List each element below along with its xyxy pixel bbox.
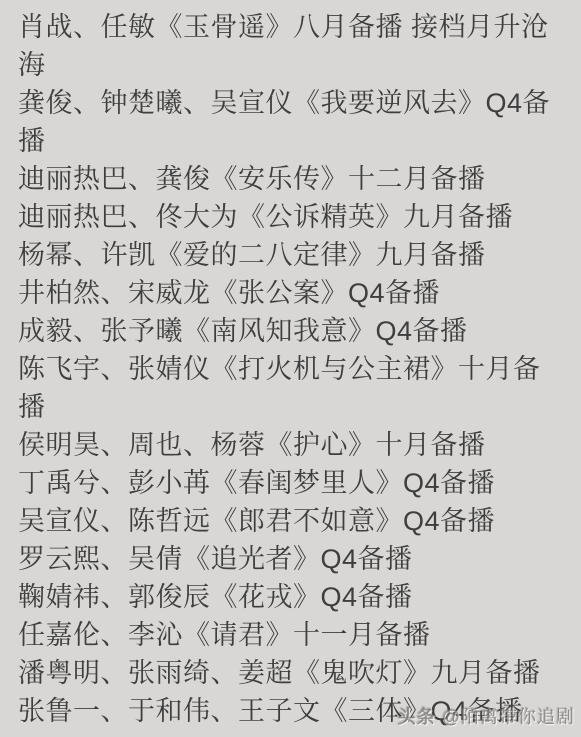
drama-entry: 鞠婧祎、郭俊辰《花戎》Q4备播 — [18, 578, 555, 616]
drama-entry: 成毅、张予曦《南风知我意》Q4备播 — [18, 312, 555, 350]
watermark-username: @陌离带你追剧 — [442, 707, 575, 727]
drama-entry: 任嘉伦、李沁《请君》十一月备播 — [18, 616, 555, 654]
drama-entry: 肖战、任敏《玉骨遥》八月备播 接档月升沧海 — [18, 8, 555, 84]
drama-entry: 迪丽热巴、龚俊《安乐传》十二月备播 — [18, 160, 555, 198]
drama-entry: 潘粤明、张雨绮、姜超《鬼吹灯》九月备播 — [18, 654, 555, 692]
toutiao-watermark: 头条@陌离带你追剧 — [398, 703, 575, 729]
drama-entry: 龚俊、钟楚曦、吴宣仪《我要逆风去》Q4备播 — [18, 84, 555, 160]
drama-entry: 井柏然、宋威龙《张公案》Q4备播 — [18, 274, 555, 312]
drama-schedule-list: 肖战、任敏《玉骨遥》八月备播 接档月升沧海 龚俊、钟楚曦、吴宣仪《我要逆风去》Q… — [0, 0, 581, 730]
watermark-brand: 头条 — [398, 707, 436, 727]
drama-entry: 侯明昊、周也、杨蓉《护心》十月备播 — [18, 426, 555, 464]
drama-entry: 吴宣仪、陈哲远《郎君不如意》Q4备播 — [18, 502, 555, 540]
drama-entry: 陈飞宇、张婧仪《打火机与公主裙》十月备播 — [18, 350, 555, 426]
drama-entry: 丁禹兮、彭小苒《春闺梦里人》Q4备播 — [18, 464, 555, 502]
drama-entry: 迪丽热巴、佟大为《公诉精英》九月备播 — [18, 198, 555, 236]
drama-entry: 杨幂、许凯《爱的二八定律》九月备播 — [18, 236, 555, 274]
drama-entry: 罗云熙、吴倩《追光者》Q4备播 — [18, 540, 555, 578]
